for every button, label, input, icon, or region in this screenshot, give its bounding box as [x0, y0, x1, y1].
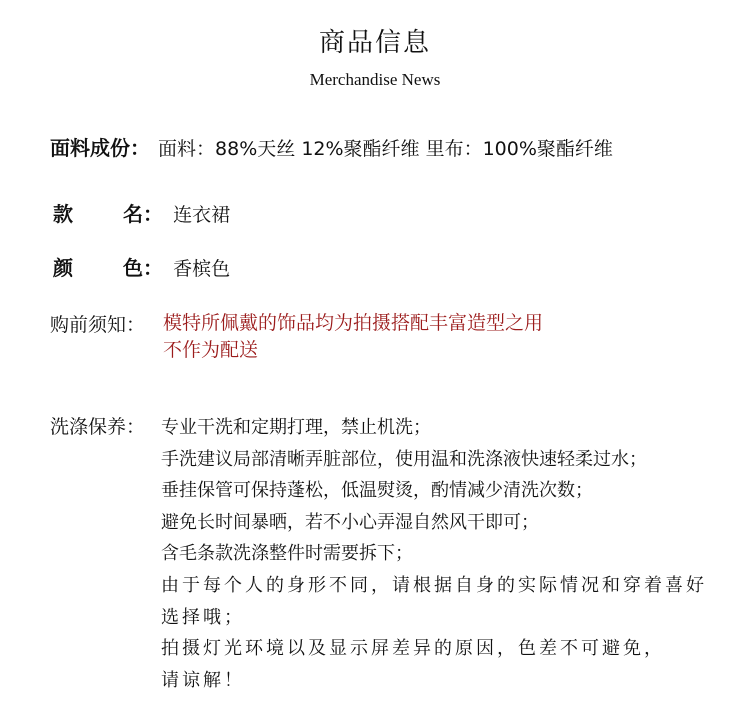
fabric-row: 面料成份： 面料：88%天丝 12%聚酯纤维 里布：100%聚酯纤维	[50, 132, 613, 161]
care-line: 含毛条款洗涤整件时需要拆下；	[161, 538, 707, 570]
color-label-2: 色：	[123, 252, 163, 281]
care-line: 请谅解！	[161, 665, 707, 697]
care-line: 垂挂保管可保持蓬松，低温熨烫，酌情减少清洗次数；	[161, 475, 707, 507]
care-line: 拍摄灯光环境以及显示屏差异的原因，色差不可避免，	[161, 633, 707, 665]
style-name-value: 连衣裙	[173, 200, 230, 227]
notice-line: 模特所佩戴的饰品均为拍摄搭配丰富造型之用	[163, 310, 543, 337]
page-title: 商品信息	[0, 22, 750, 59]
color-label-1: 颜	[53, 252, 117, 281]
style-name-label-1: 款	[53, 198, 117, 227]
style-name-label-2: 名：	[123, 198, 163, 227]
color-row: 颜 色： 香槟色	[53, 252, 230, 281]
fabric-value: 面料：88%天丝 12%聚酯纤维 里布：100%聚酯纤维	[158, 134, 613, 161]
notice-label-text: 购前须知：	[50, 310, 145, 337]
fabric-label: 面料成份：	[50, 132, 150, 161]
notice-text: 模特所佩戴的饰品均为拍摄搭配丰富造型之用 不作为配送	[163, 310, 543, 364]
care-line: 避免长时间暴晒，若不小心弄湿自然风干即可；	[161, 507, 707, 539]
care-line: 选择哦；	[161, 602, 707, 634]
care-line: 手洗建议局部清晰弄脏部位，使用温和洗涤液快速轻柔过水；	[161, 444, 707, 476]
color-value: 香槟色	[173, 254, 230, 281]
care-line: 专业干洗和定期打理，禁止机洗；	[161, 412, 707, 444]
care-label: 洗涤保养：	[50, 412, 145, 439]
style-name-row: 款 名： 连衣裙	[53, 198, 230, 227]
care-label-text: 洗涤保养：	[50, 412, 145, 439]
notice-line: 不作为配送	[163, 337, 543, 364]
notice-label: 购前须知：	[50, 310, 145, 337]
care-line: 由于每个人的身形不同，请根据自身的实际情况和穿着喜好	[161, 570, 707, 602]
page-subtitle: Merchandise News	[0, 70, 750, 90]
care-instructions: 专业干洗和定期打理，禁止机洗； 手洗建议局部清晰弄脏部位，使用温和洗涤液快速轻柔…	[161, 412, 707, 696]
